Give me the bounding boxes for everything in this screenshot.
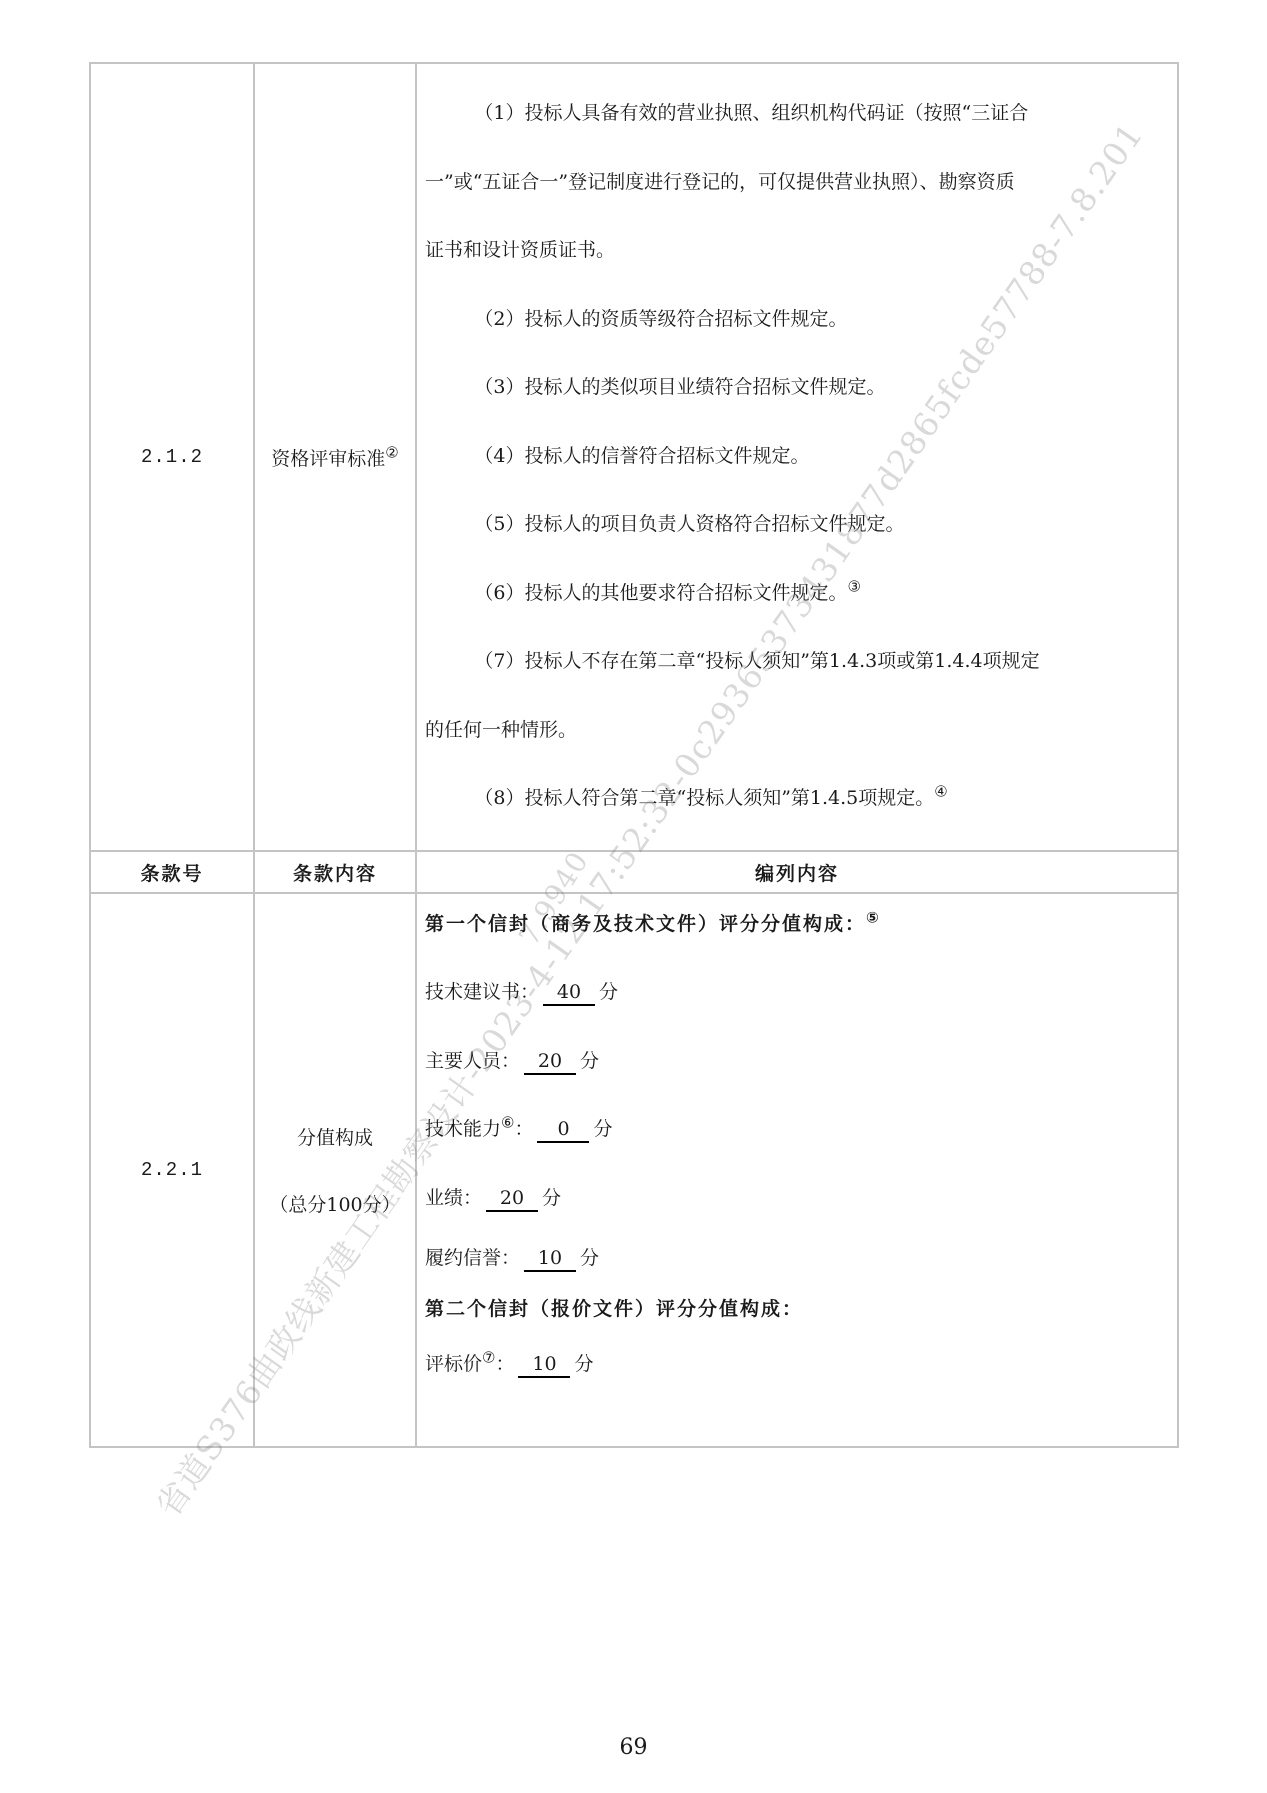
score-unit: 分: [593, 1118, 612, 1140]
item-text: （4）投标人的信誉符合招标文件规定。: [474, 445, 809, 467]
score-label: 业绩：: [425, 1187, 482, 1209]
footnote-marker: ⑥: [501, 1114, 514, 1132]
footnote-marker: ④: [934, 783, 947, 801]
clause-title-text: 资格评审标准: [271, 448, 385, 470]
clause-title: 分值构成 （总分100分）: [254, 893, 416, 1447]
clause-title-stack: 分值构成 （总分100分）: [255, 1123, 415, 1217]
item-line: （1）投标人具备有效的营业执照、组织机构代码证（按照“三证合: [425, 79, 1171, 148]
item-line: （3）投标人的类似项目业绩符合招标文件规定。: [425, 353, 1171, 422]
score-label: 技术能力: [425, 1118, 501, 1140]
score-value: 20: [524, 1049, 576, 1075]
score-value: 0: [537, 1117, 589, 1143]
second-envelope-heading: 第二个信封（报价文件）评分分值构成：: [425, 1284, 1171, 1344]
clause-title-text: 分值构成: [297, 1123, 373, 1150]
clause-title: 资格评审标准②: [254, 63, 416, 851]
item-line: 一”或“五证合一”登记制度进行登记的，可仅提供营业执照）、勘察资质: [425, 148, 1171, 217]
item-text: 的任何一种情形。: [425, 719, 577, 741]
item-text: （7）投标人不存在第二章“投标人须知”第1.4.3项或第1.4.4项规定: [474, 650, 1039, 672]
item-text: （3）投标人的类似项目业绩符合招标文件规定。: [474, 376, 885, 398]
header-listed-content: 编列内容: [416, 851, 1178, 893]
score-value: 10: [518, 1352, 570, 1378]
score-line-bid-price: 评标价⑦：10分: [425, 1344, 1171, 1394]
item-line: （5）投标人的项目负责人资格符合招标文件规定。: [425, 490, 1171, 559]
score-label-suffix: ：: [495, 1353, 514, 1375]
score-unit: 分: [580, 1050, 599, 1072]
heading-text: 第一个信封（商务及技术文件）评分分值构成：: [425, 913, 866, 935]
footnote-marker: ⑤: [866, 909, 881, 927]
item-text: （8）投标人符合第二章“投标人须知”第1.4.5项规定。: [474, 787, 934, 809]
table-row-2-1-2: 2.1.2 资格评审标准② （1）投标人具备有效的营业执照、组织机构代码证（按照…: [90, 63, 1178, 851]
document-page: 2.1.2 资格评审标准② （1）投标人具备有效的营业执照、组织机构代码证（按照…: [0, 0, 1267, 1793]
item-text: （6）投标人的其他要求符合招标文件规定。: [474, 582, 847, 604]
footnote-marker: ③: [847, 577, 860, 595]
clause-table: 2.1.2 资格评审标准② （1）投标人具备有效的营业执照、组织机构代码证（按照…: [89, 62, 1179, 1448]
score-unit: 分: [574, 1353, 593, 1375]
clause-subtitle-text: （总分100分）: [269, 1190, 400, 1217]
clause-content: （1）投标人具备有效的营业执照、组织机构代码证（按照“三证合 一”或“五证合一”…: [416, 63, 1178, 851]
clause-number: 2.2.1: [90, 893, 254, 1447]
score-line-key-personnel: 主要人员：20分: [425, 1027, 1171, 1096]
score-label: 主要人员：: [425, 1050, 520, 1072]
score-unit: 分: [580, 1247, 599, 1269]
item-line: 的任何一种情形。: [425, 696, 1171, 765]
header-clause-no: 条款号: [90, 851, 254, 893]
score-value: 10: [524, 1246, 576, 1272]
footnote-marker: ⑦: [482, 1349, 495, 1367]
table-header-row: 条款号 条款内容 编列内容: [90, 851, 1178, 893]
score-value: 40: [543, 980, 595, 1006]
score-line-technical-proposal: 技术建议书：40分: [425, 958, 1171, 1027]
score-label: 技术建议书：: [425, 981, 539, 1003]
item-line: 证书和设计资质证书。: [425, 216, 1171, 285]
score-line-performance: 业绩：20分: [425, 1164, 1171, 1233]
item-line: （6）投标人的其他要求符合招标文件规定。③: [425, 559, 1171, 628]
score-value: 20: [486, 1186, 538, 1212]
score-label-suffix: ：: [514, 1118, 533, 1140]
score-unit: 分: [542, 1187, 561, 1209]
item-text: （5）投标人的项目负责人资格符合招标文件规定。: [474, 513, 904, 535]
clause-content: 第一个信封（商务及技术文件）评分分值构成：⑤ 技术建议书：40分 主要人员：20…: [416, 893, 1178, 1447]
footnote-marker: ②: [385, 443, 398, 461]
score-line-technical-capability: 技术能力⑥：0分: [425, 1095, 1171, 1164]
table-row-2-2-1: 2.2.1 分值构成 （总分100分） 第一个信封（商务及技术文件）评分分值构成…: [90, 893, 1178, 1447]
item-line: （2）投标人的资质等级符合招标文件规定。: [425, 285, 1171, 354]
first-envelope-heading: 第一个信封（商务及技术文件）评分分值构成：⑤: [425, 904, 1171, 958]
item-line: （7）投标人不存在第二章“投标人须知”第1.4.3项或第1.4.4项规定: [425, 627, 1171, 696]
score-label: 履约信誉：: [425, 1247, 520, 1269]
score-unit: 分: [599, 981, 618, 1003]
item-line: （4）投标人的信誉符合招标文件规定。: [425, 422, 1171, 491]
score-line-credit: 履约信誉：10分: [425, 1232, 1171, 1284]
item-line: （8）投标人符合第二章“投标人须知”第1.4.5项规定。④: [425, 764, 1171, 833]
item-text: （2）投标人的资质等级符合招标文件规定。: [474, 308, 847, 330]
item-text: 证书和设计资质证书。: [425, 239, 615, 261]
header-clause-content: 条款内容: [254, 851, 416, 893]
score-label: 评标价: [425, 1353, 482, 1375]
item-text: （1）投标人具备有效的营业执照、组织机构代码证（按照“三证合: [474, 102, 1028, 124]
clause-number: 2.1.2: [90, 63, 254, 851]
page-number: 69: [0, 1735, 1267, 1760]
item-text: 一”或“五证合一”登记制度进行登记的，可仅提供营业执照）、勘察资质: [425, 171, 1015, 193]
